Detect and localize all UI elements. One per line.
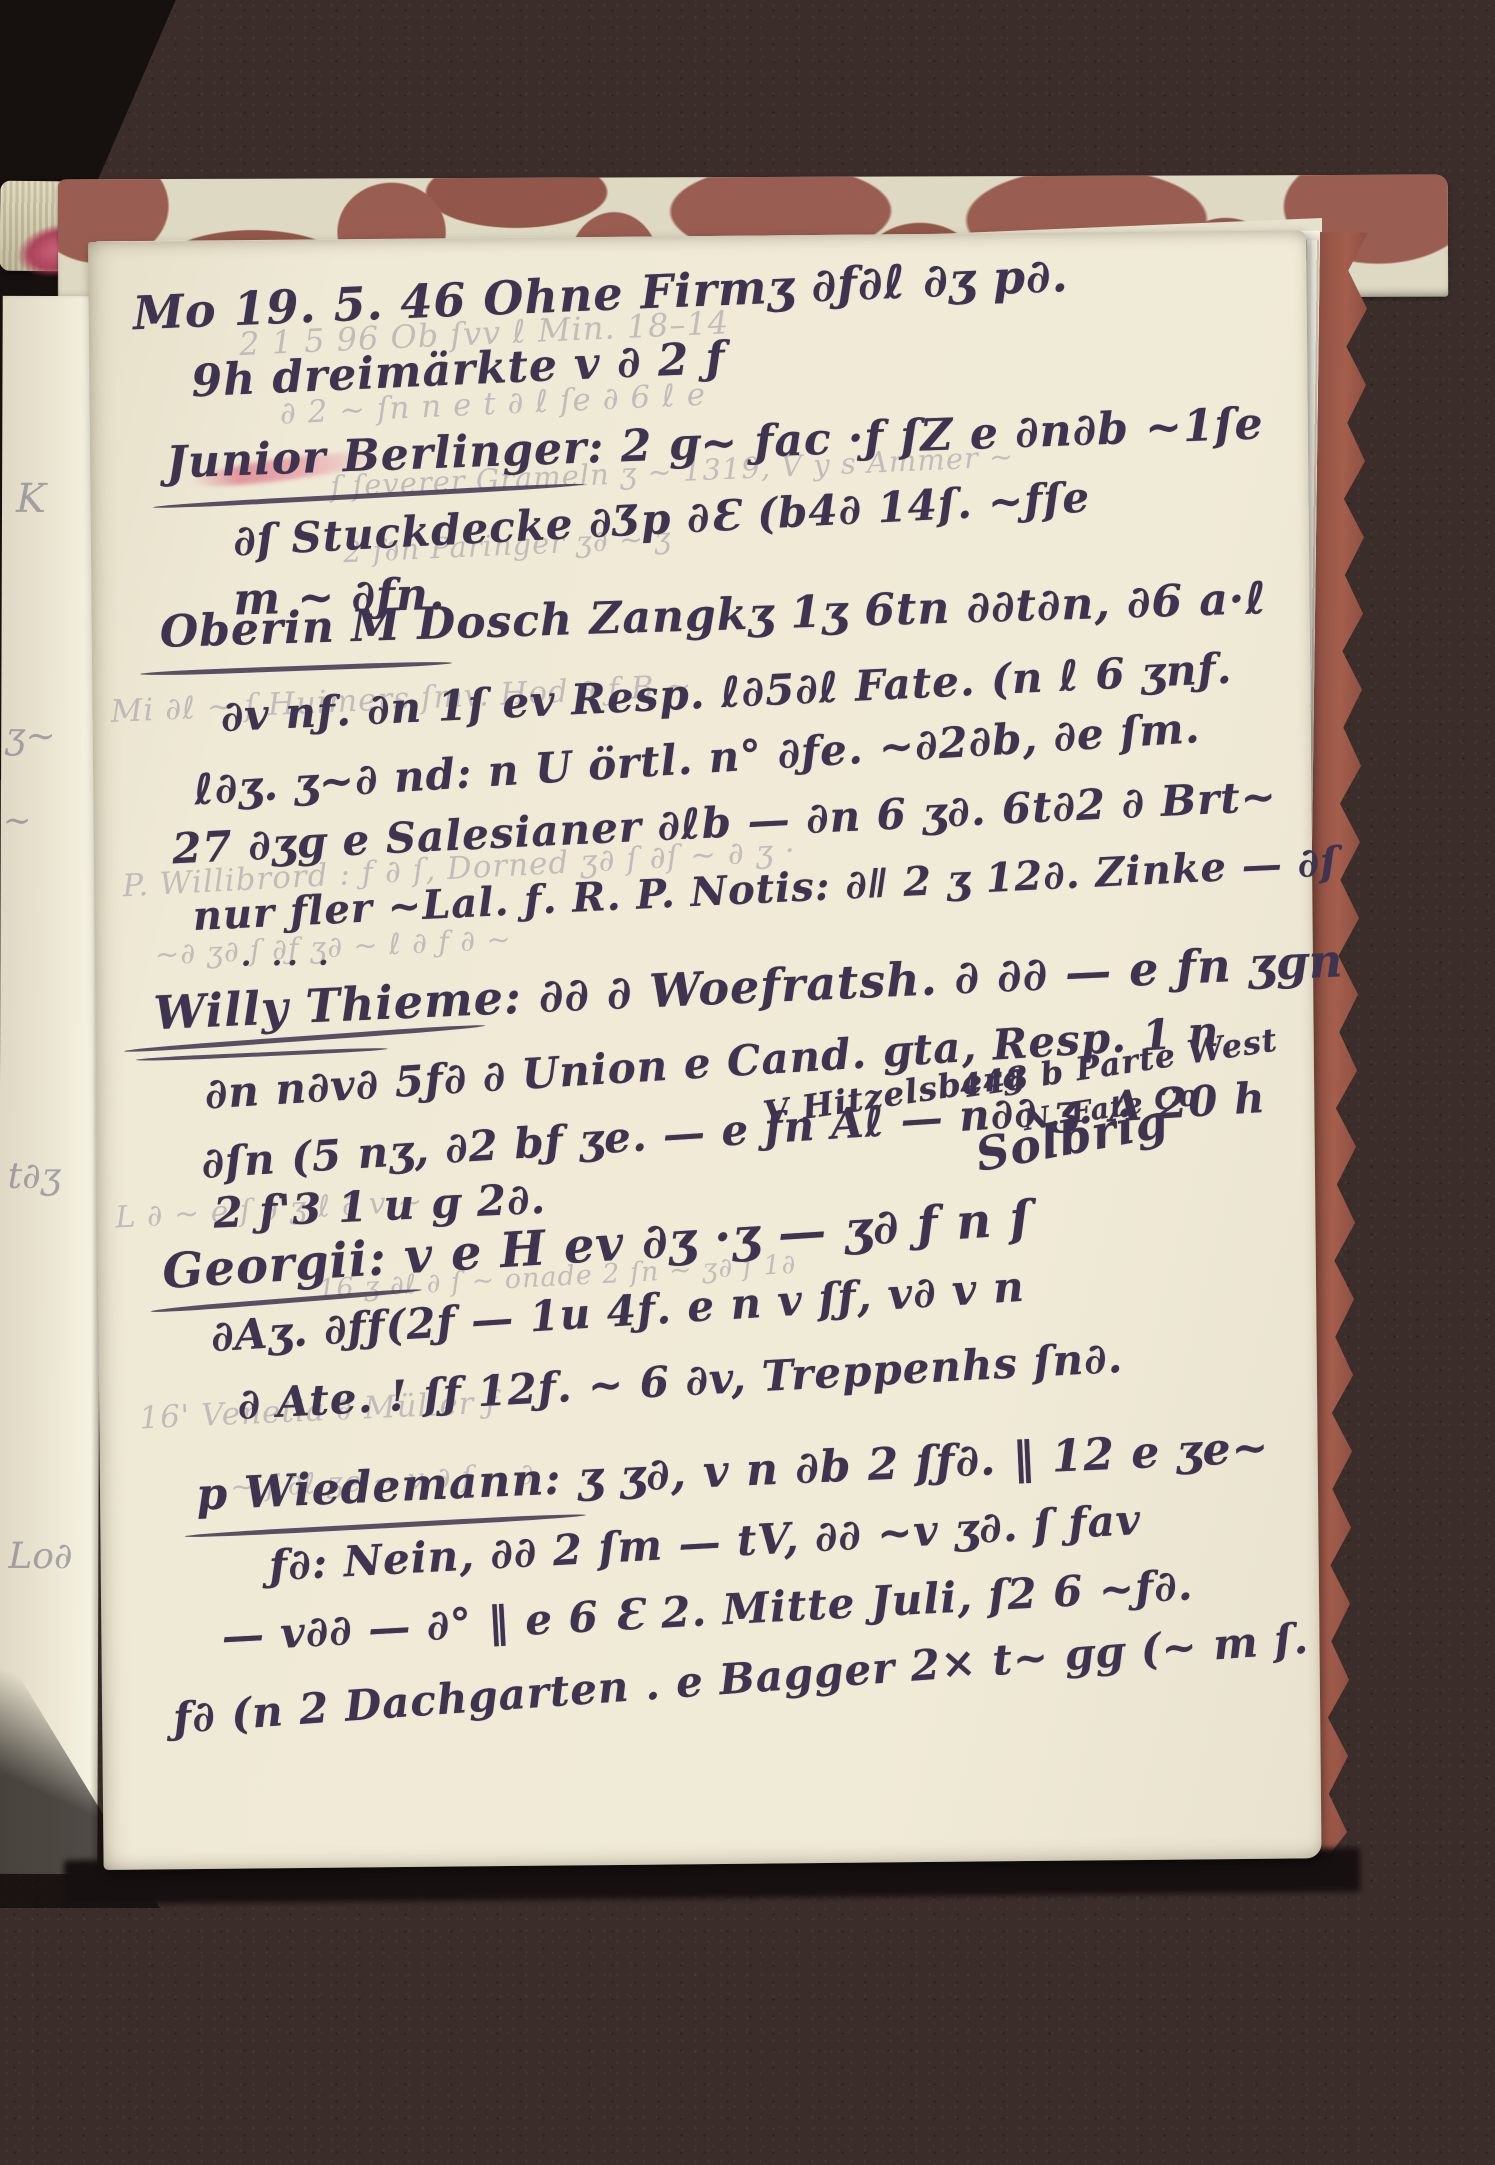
underline-stroke [140, 660, 452, 676]
shorthand-text: : ʒ ʒ∂, v n ∂b 2 ſƒ∂. ‖ 12 e ʒe~ [543, 1422, 1270, 1505]
facing-page-sliver: K ʒ~ ~ t∂ʒ Lo∂ [0, 296, 103, 1874]
margin-mark: t∂ʒ [8, 1156, 62, 1197]
margin-mark: K [16, 476, 46, 522]
margin-mark: Lo∂ [8, 1536, 72, 1577]
dots-mark: · ·· · [241, 946, 334, 982]
margin-mark: ʒ~ [5, 716, 56, 757]
section-name-wiedemann: p Wiedemann [195, 1454, 545, 1520]
section-name-oberin: Oberin [159, 602, 335, 658]
shorthand-text: M Dosch Zangkʒ 1ʒ 6tn ∂∂t∂n, ∂6 a·ℓ [334, 573, 1268, 652]
margin-mark: ~ [3, 801, 32, 841]
diary-page: 2 1 5 96 Ob ſvv ℓ Min. 18–14 ∂ 2 ~ ſn n … [88, 230, 1322, 1870]
photo-of-diary: K ʒ~ ~ t∂ʒ Lo∂ 2 1 5 96 Ob ſvv ℓ Min. 18… [0, 0, 1495, 2165]
